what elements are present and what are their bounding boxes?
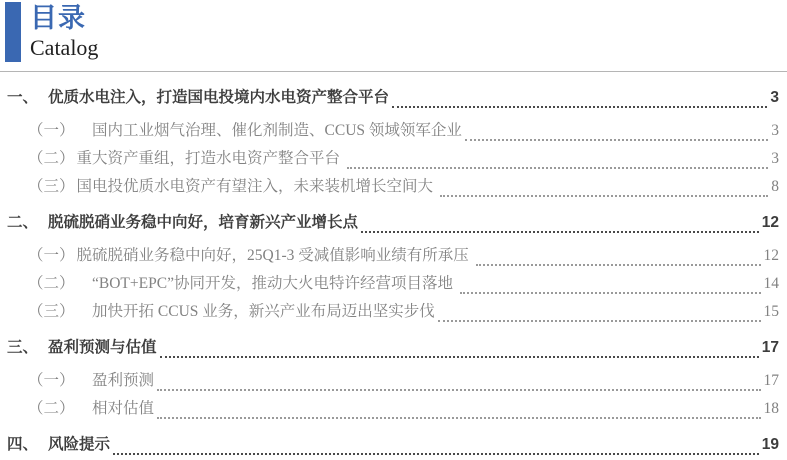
toc-entry-title: 盈利预测 [77, 368, 155, 390]
dot-leader [476, 264, 761, 266]
dot-leader [361, 231, 759, 233]
toc-sub-entry[interactable]: （二） 相对估值 18 [0, 396, 779, 424]
toc-entry-title: 相对估值 [77, 396, 155, 418]
toc-entry-page-number: 18 [764, 400, 780, 418]
toc-entry-title: “BOT+EPC”协同开发，推动大火电特许经营项目落地 [77, 271, 457, 293]
dot-leader [157, 417, 760, 419]
toc-entry-title: 盈利预测与估值 [48, 335, 157, 357]
toc-entry-number: （二） [28, 146, 75, 168]
toc-entry-number: 四、 [7, 432, 38, 454]
toc-sub-entry[interactable]: （三） 加快开拓 CCUS 业务，新兴产业布局迈出坚实步伐 15 [0, 299, 779, 327]
toc-sub-entry[interactable]: （一） 国内工业烟气治理、催化剂制造、CCUS 领域领军企业 3 [0, 118, 779, 146]
accent-bar [5, 2, 21, 62]
toc-section-entry[interactable]: 四、 风险提示 19 [0, 432, 779, 460]
toc-entry-title: 优质水电注入，打造国电投境内水电资产整合平台 [48, 85, 389, 107]
toc-entry-number: （二） [28, 271, 75, 293]
toc-entry-page-number: 12 [764, 247, 780, 265]
page-title: 目录 [30, 2, 98, 34]
toc-sub-entry[interactable]: （一） 脱硫脱硝业务稳中向好，25Q1-3 受减值影响业绩有所承压 12 [0, 243, 779, 271]
toc-entry-title: 脱硫脱硝业务稳中向好，培育新兴产业增长点 [48, 210, 358, 232]
toc-entry-title: 加快开拓 CCUS 业务，新兴产业布局迈出坚实步伐 [77, 299, 435, 321]
catalog-header: 目录 Catalog [0, 0, 787, 62]
dot-leader [465, 139, 768, 141]
toc-entry-number: （二） [28, 396, 75, 418]
dot-leader [392, 106, 767, 108]
toc-entry-page-number: 3 [771, 122, 779, 140]
toc-page: 目录 Catalog 一、 优质水电注入，打造国电投境内水电资产整合平台 3 （… [0, 0, 787, 460]
toc-section-entry[interactable]: 二、 脱硫脱硝业务稳中向好，培育新兴产业增长点 12 [0, 210, 779, 238]
toc-entry-page-number: 3 [770, 89, 779, 107]
toc-entry-page-number: 17 [762, 339, 779, 357]
toc-sub-entry[interactable]: （二） “BOT+EPC”协同开发，推动大火电特许经营项目落地 14 [0, 271, 779, 299]
toc-section-entry[interactable]: 一、 优质水电注入，打造国电投境内水电资产整合平台 3 [0, 85, 779, 113]
toc-entry-title: 国内工业烟气治理、催化剂制造、CCUS 领域领军企业 [77, 118, 462, 140]
toc-sub-entry[interactable]: （二） 重大资产重组，打造水电资产整合平台 3 [0, 146, 779, 174]
toc-entry-title: 重大资产重组，打造水电资产整合平台 [77, 146, 344, 168]
dot-leader [460, 292, 761, 294]
toc-entry-page-number: 19 [762, 436, 779, 454]
toc-entry-number: （三） [28, 174, 75, 196]
header-text: 目录 Catalog [30, 2, 98, 62]
toc-entry-page-number: 15 [764, 303, 780, 321]
toc-entry-title: 国电投优质水电资产有望注入，未来装机增长空间大 [77, 174, 437, 196]
dot-leader [438, 320, 761, 322]
toc-entry-page-number: 17 [764, 372, 780, 390]
toc-entry-page-number: 3 [771, 150, 779, 168]
toc-entry-number: （一） [28, 368, 75, 390]
toc-entry-number: 二、 [7, 210, 38, 232]
toc-sub-entry[interactable]: （三） 国电投优质水电资产有望注入，未来装机增长空间大 8 [0, 174, 779, 202]
toc-list: 一、 优质水电注入，打造国电投境内水电资产整合平台 3 （一） 国内工业烟气治理… [0, 72, 787, 460]
toc-entry-number: 三、 [7, 335, 38, 357]
toc-entry-title: 风险提示 [48, 432, 110, 454]
toc-entry-page-number: 8 [771, 178, 779, 196]
toc-entry-number: （三） [28, 299, 75, 321]
dot-leader [113, 453, 759, 455]
toc-entry-number: 一、 [7, 85, 38, 107]
toc-entry-page-number: 14 [764, 275, 780, 293]
toc-entry-number: （一） [28, 118, 75, 140]
toc-sub-entry[interactable]: （一） 盈利预测 17 [0, 368, 779, 396]
toc-entry-number: （一） [28, 243, 75, 265]
dot-leader [440, 195, 768, 197]
toc-section-entry[interactable]: 三、 盈利预测与估值 17 [0, 335, 779, 363]
page-subtitle: Catalog [30, 34, 98, 62]
dot-leader [157, 389, 760, 391]
dot-leader [347, 167, 768, 169]
toc-entry-title: 脱硫脱硝业务稳中向好，25Q1-3 受减值影响业绩有所承压 [77, 243, 473, 265]
dot-leader [160, 356, 759, 358]
toc-entry-page-number: 12 [762, 214, 779, 232]
